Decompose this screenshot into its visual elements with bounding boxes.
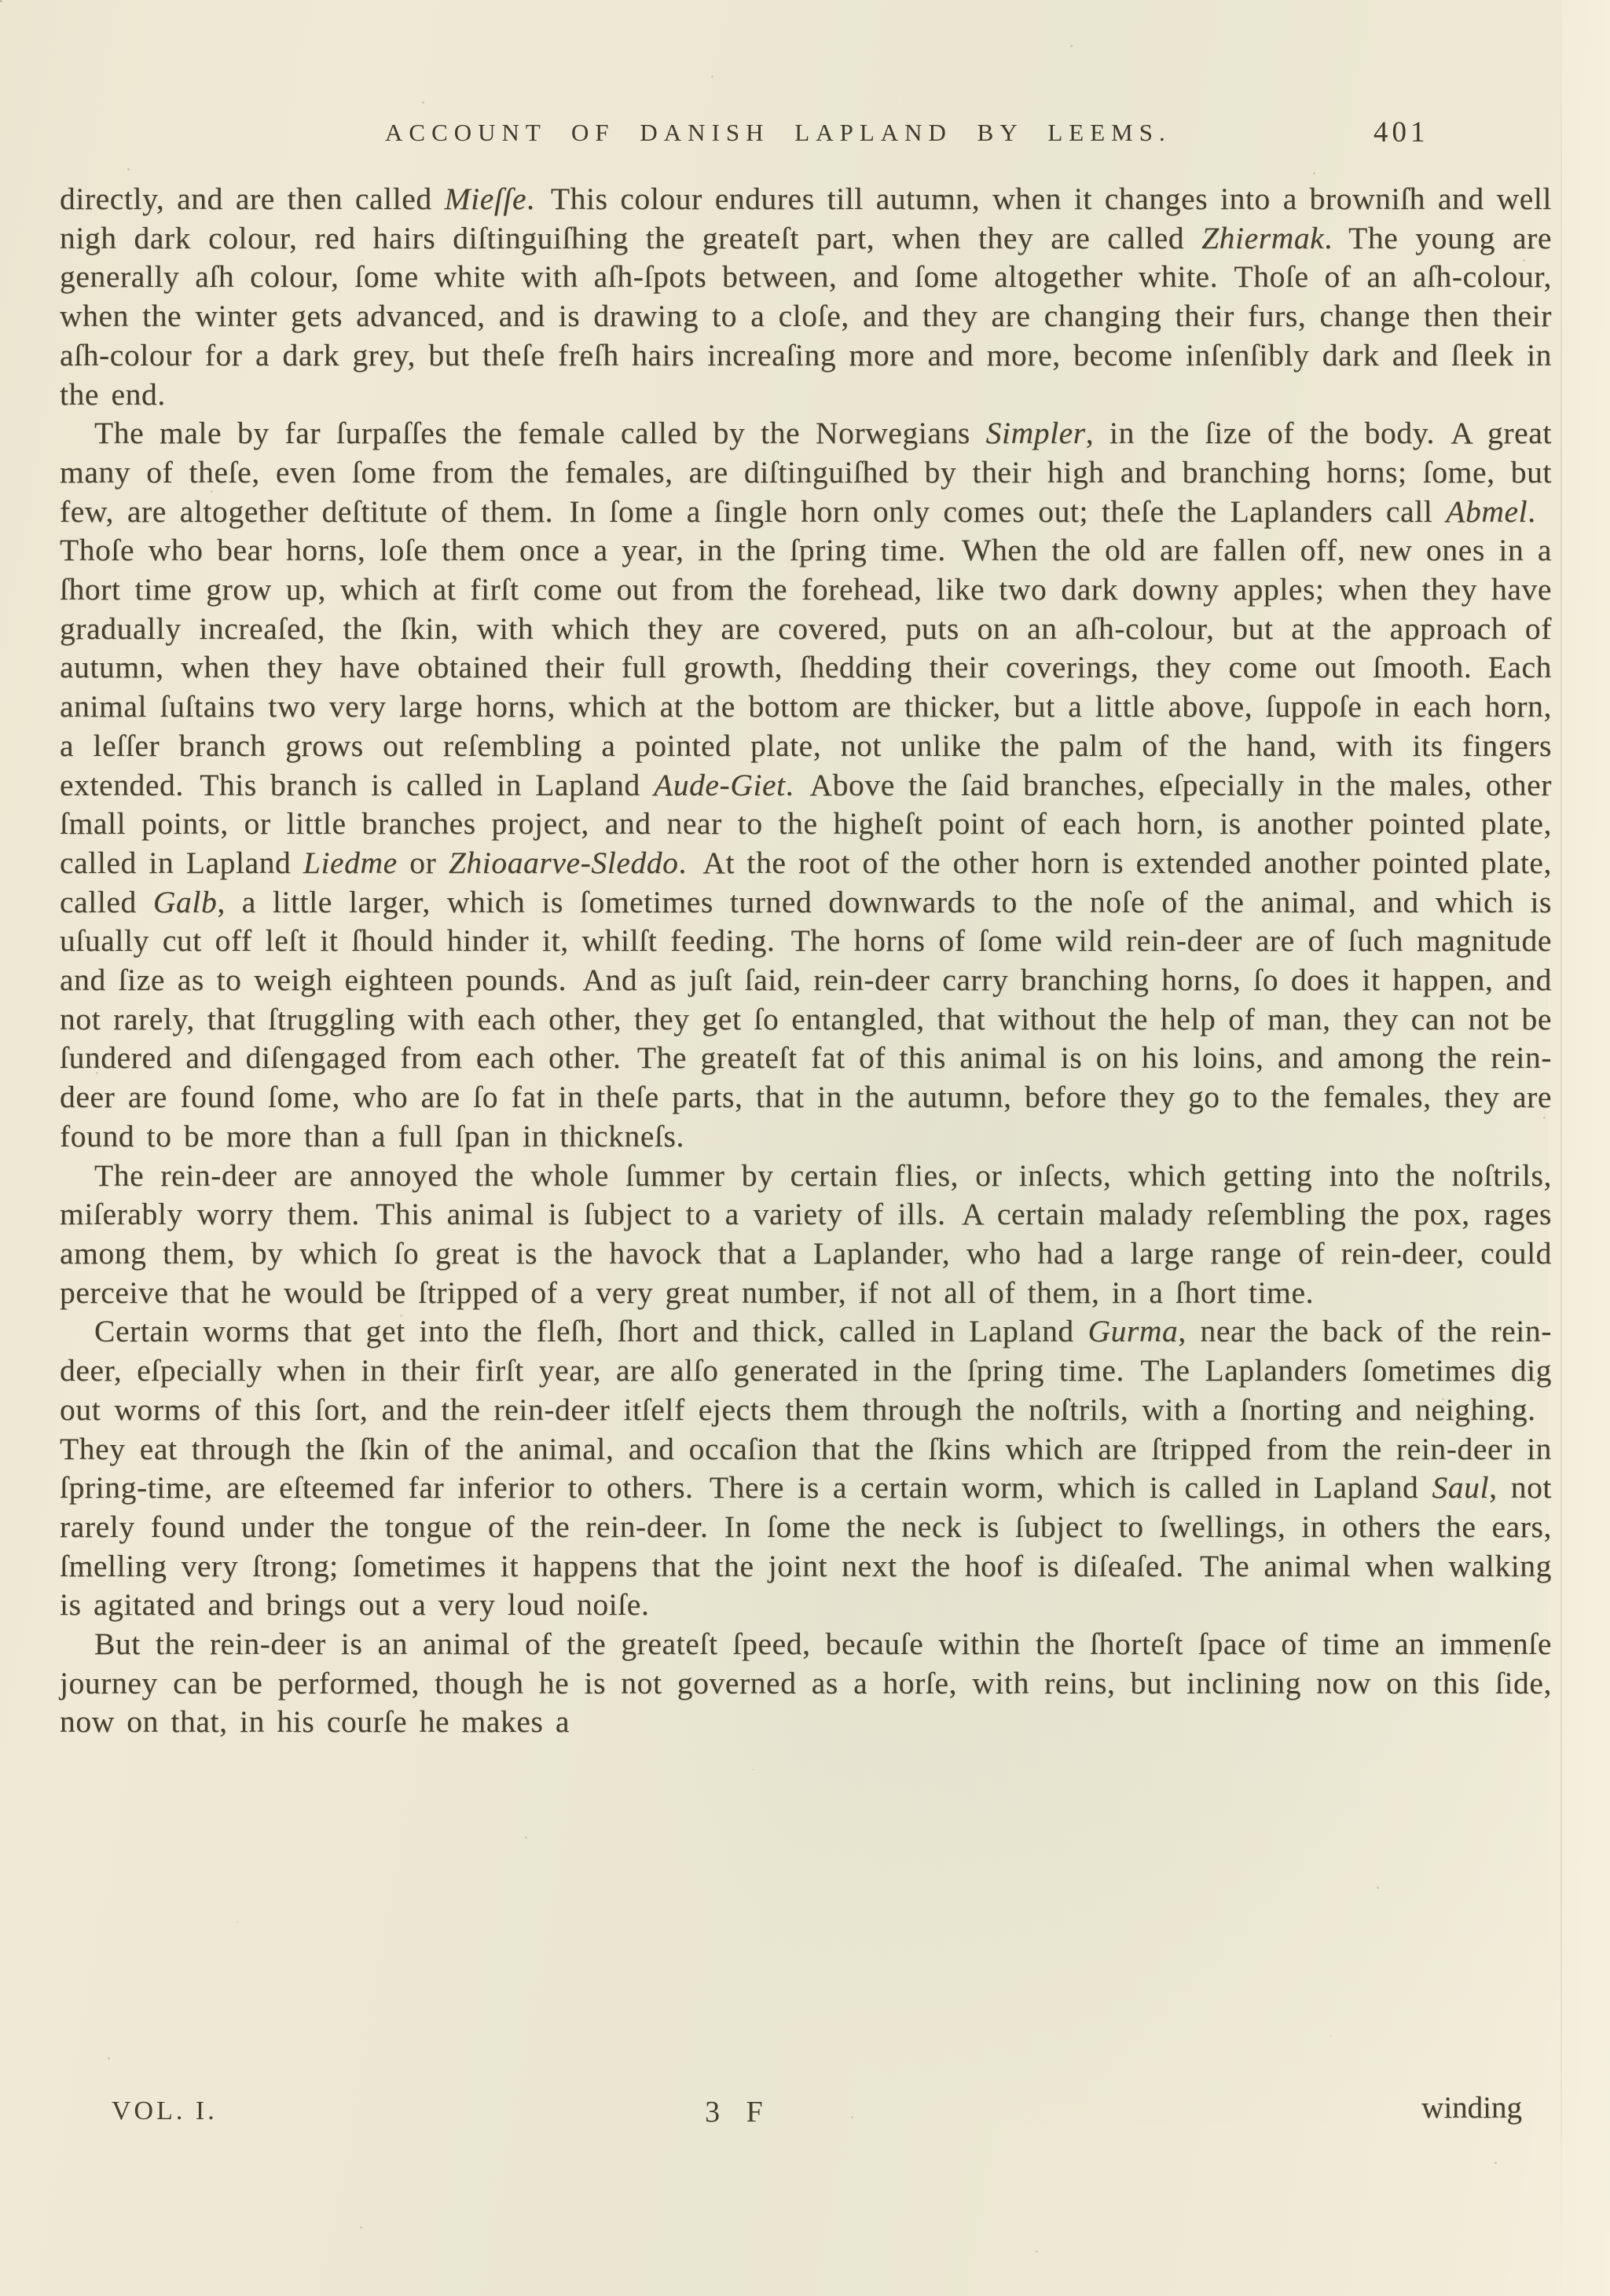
text-segment: Certain worms that get into the fleſh, ſ… [94,1314,1087,1348]
italic-term: Abmel [1446,494,1527,529]
italic-term: Mieſſe [445,182,527,216]
italic-term: Gurma [1087,1314,1178,1348]
italic-term: Zhioaarve-Sleddo [449,845,679,880]
italic-term: Simpler [986,416,1086,450]
text-segment: or [398,845,449,880]
page-number: 401 [1373,116,1429,149]
italic-term: Galb [153,885,217,919]
text-segment: directly, and are then called [60,182,445,216]
signature-mark: 3 F [672,2095,805,2129]
paragraph: The rein-deer are annoyed the whole ſumm… [60,1157,1552,1313]
paragraph: The male by far ſurpaſſes the female cal… [60,414,1552,1156]
italic-term: Saul [1432,1470,1489,1505]
paragraph: directly, and are then called Mieſſe. Th… [60,180,1552,414]
paper-speckles-light [0,0,2,2]
italic-term: Liedme [303,845,398,880]
italic-term: Aude-Giet [654,768,786,802]
paragraph: But the rein-deer is an animal of the gr… [60,1625,1552,1742]
page-edge-strip [1562,0,1610,2296]
text-segment: The male by far ſurpaſſes the female cal… [94,416,986,450]
running-title: ACCOUNT OF DANISH LAPLAND BY LEEMS. [385,119,1084,147]
text-segment: The rein-deer are annoyed the whole ſumm… [60,1158,1552,1310]
text-segment: . Thoſe who bear horns, loſe them once a… [60,494,1552,802]
paragraph: Certain worms that get into the fleſh, ſ… [60,1312,1552,1625]
catchword: winding [1421,2090,1522,2125]
page-edge-seam [1560,0,1562,2296]
text-segment: But the rein-deer is an animal of the gr… [60,1627,1552,1739]
body-text: directly, and are then called Mieſſe. Th… [60,180,1552,1742]
italic-term: Zhiermak [1201,221,1324,255]
volume-label: VOL. I. [112,2096,218,2126]
text-segment: , a little larger, which is ſometimes tu… [60,885,1552,1154]
